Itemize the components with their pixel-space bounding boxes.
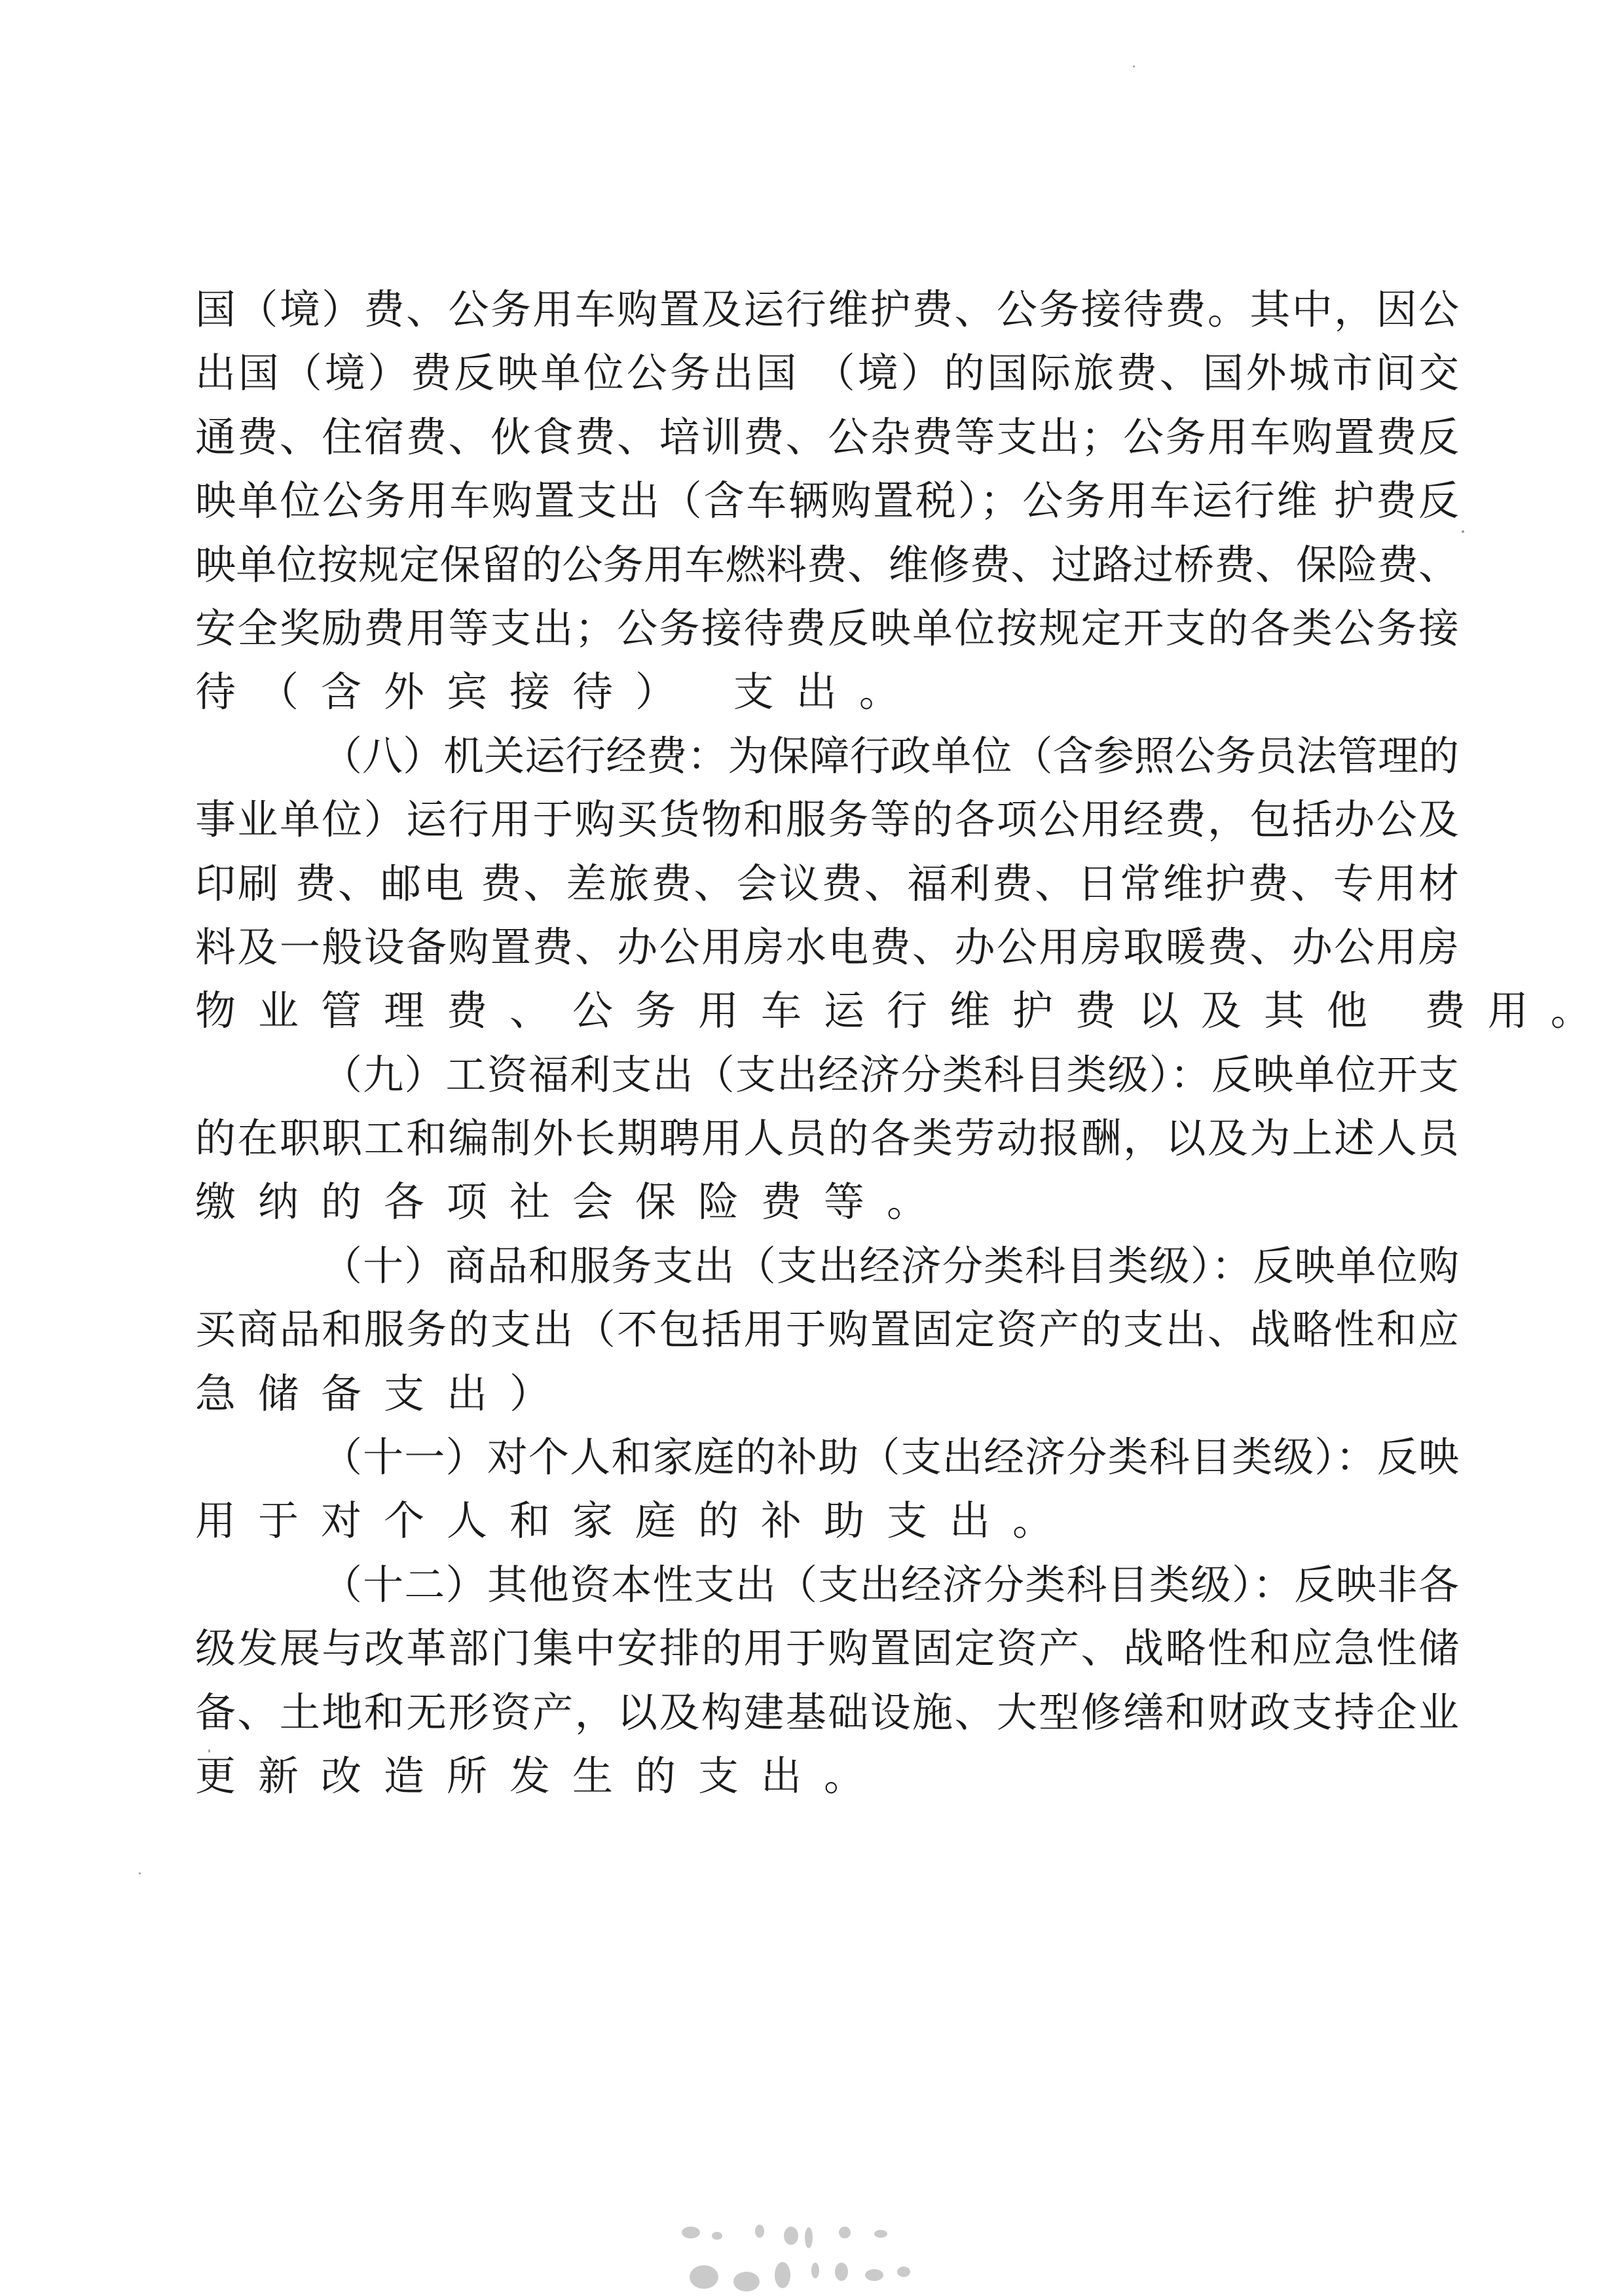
text-line: 国（境）费、公务用车购置及运行维护费、公务接待费。其中，因公 xyxy=(195,278,1459,341)
text-line: 备、土地和无形资产，以及构建基础设施、大型修缮和财政支持企业 xyxy=(195,1681,1459,1744)
text-line: 出国（境）费反映单位公务出国 （境）的国际旅费、国外城市间交 xyxy=(195,341,1459,405)
scan-speck xyxy=(208,1749,210,1753)
paragraph-continued-intro: 国（境）费、公务用车购置及运行维护费、公务接待费。其中，因公 出国（境）费反映单… xyxy=(195,278,1459,724)
document-page: 国（境）费、公务用车购置及运行维护费、公务接待费。其中，因公 出国（境）费反映单… xyxy=(0,0,1624,2296)
paragraph-item-10: （十）商品和服务支出（支出经济分类科目类级）：反映单位购 买商品和服务的支出（不… xyxy=(195,1234,1459,1425)
text-line: 映单位按规定保留的公务用车燃料费、维修费、过路过桥费、保险费、 xyxy=(195,533,1459,596)
text-line: （八）机关运行经费：为保障行政单位（含参照公务员法管理的 xyxy=(195,724,1459,788)
text-line: （十）商品和服务支出（支出经济分类科目类级）：反映单位购 xyxy=(195,1234,1459,1298)
text-line: 映单位公务用车购置支出（含车辆购置税）；公务用车运行维 护费反 xyxy=(195,469,1459,532)
paragraph-item-8: （八）机关运行经费：为保障行政单位（含参照公务员法管理的 事业单位）运行用于购买… xyxy=(195,724,1459,1043)
scan-speck xyxy=(1133,65,1135,67)
text-line: 物业管理费、公务用车运行维护费以及其他 费用。 xyxy=(195,979,1459,1042)
text-line: 安全奖励费用等支出；公务接待费反映单位按规定开支的各类公务接 xyxy=(195,596,1459,660)
text-line: 买商品和服务的支出（不包括用于购置固定资产的支出、战略性和应 xyxy=(195,1298,1459,1361)
text-line: 急储备支出） xyxy=(195,1362,1459,1425)
paragraph-item-12: （十二）其他资本性支出（支出经济分类科目类级）：反映非各 级发展与改革部门集中安… xyxy=(195,1553,1459,1808)
text-line: 更新改造所发生的支出。 xyxy=(195,1744,1459,1808)
bleed-through-artifact xyxy=(655,2200,995,2296)
text-line: （九）工资福利支出（支出经济分类科目类级）：反映单位开支 xyxy=(195,1043,1459,1106)
text-line: 印刷 费、邮电 费、差旅费、会议费、福利费、日常维护费、专用材 xyxy=(195,852,1459,915)
text-line: 缴纳的各项社会保险费等。 xyxy=(195,1170,1459,1233)
scan-speck xyxy=(1462,530,1464,533)
text-line: 料及一般设备购置费、办公用房水电费、办公用房取暖费、办公用房 xyxy=(195,915,1459,979)
text-line: （十一）对个人和家庭的补助（支出经济分类科目类级）：反映 xyxy=(195,1425,1459,1489)
text-line: 通费、住宿费、伙食费、培训费、公杂费等支出；公务用车购置费反 xyxy=(195,405,1459,469)
text-line: 待（含外宾接待） 支出。 xyxy=(195,660,1459,723)
scan-speck xyxy=(139,1872,141,1874)
body-text: 国（境）费、公务用车购置及运行维护费、公务接待费。其中，因公 出国（境）费反映单… xyxy=(195,278,1459,1808)
text-line: 用于对个人和家庭的补助支出。 xyxy=(195,1489,1459,1552)
text-line: 事业单位）运行用于购买货物和服务等的各项公用经费，包括办公及 xyxy=(195,788,1459,851)
text-line: 的在职职工和编制外长期聘用人员的各类劳动报酬，以及为上述人员 xyxy=(195,1106,1459,1170)
paragraph-item-9: （九）工资福利支出（支出经济分类科目类级）：反映单位开支 的在职职工和编制外长期… xyxy=(195,1043,1459,1234)
text-line: （十二）其他资本性支出（支出经济分类科目类级）：反映非各 xyxy=(195,1553,1459,1616)
paragraph-item-11: （十一）对个人和家庭的补助（支出经济分类科目类级）：反映 用于对个人和家庭的补助… xyxy=(195,1425,1459,1553)
text-line: 级发展与改革部门集中安排的用于购置固定资产、战略性和应急性储 xyxy=(195,1616,1459,1680)
